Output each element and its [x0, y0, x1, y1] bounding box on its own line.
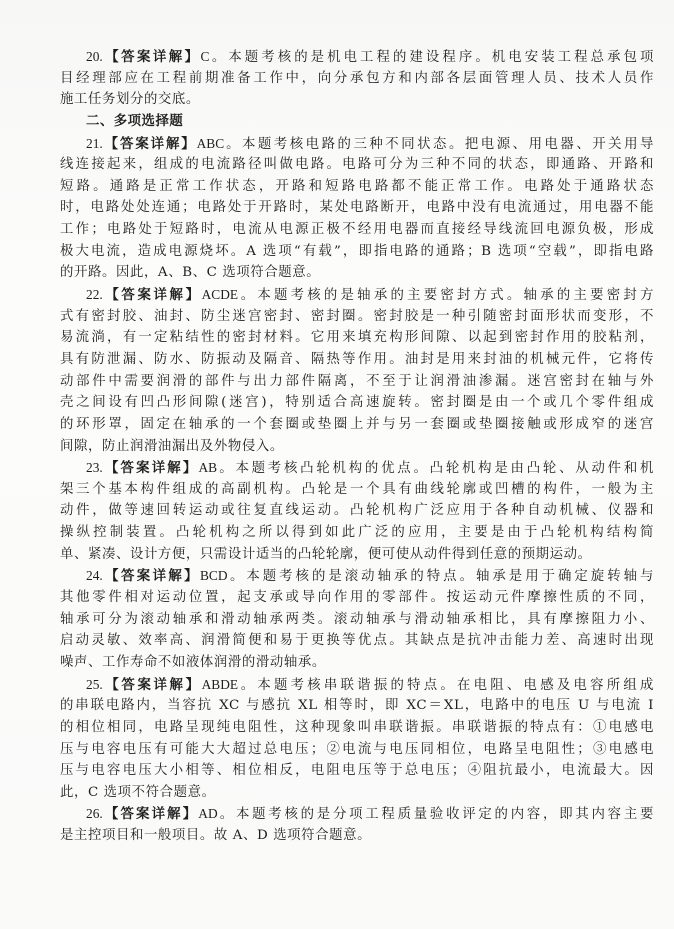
explanation-line: 此，C 选项不符合题意。 [60, 782, 654, 804]
question-number: 24. [86, 568, 103, 583]
explanation-line: 工作；电路处于短路时，电流从电源正极不经用电器而直接经导线流回电源负极，形成 [60, 219, 654, 241]
explanation-text: 。本题考核的是机电工程的建设程序。机电安装工程总承包项 [209, 50, 654, 65]
question-number: 22. [86, 287, 103, 302]
explanation-text: 。本题考核的是分项工程质量验收评定的内容，即其内容主要 [218, 807, 654, 822]
question-25: 25.【答案详解】ABDE。本题考核串联谐振的特点。在电阻、电感及电容所组成 的… [60, 674, 654, 804]
question-first-line: 26.【答案详解】AD。本题考核的是分项工程质量验收评定的内容，即其内容主要 [60, 803, 654, 825]
answer-letters: ABC [197, 136, 225, 151]
explanation-line: 壳之间设有凹凸形间隙(迷宫)，特别适合高速旋转。密封圈是由一个或几个零件组成 [60, 392, 654, 414]
explanation-line: 其他零件相对运动位置，起支承或导向作用的零部件。按运动元件摩擦性质的不同， [60, 587, 654, 609]
answer-tag: 【答案详解】 [103, 461, 199, 476]
explanation-line: 施工任务划分的交底。 [60, 89, 654, 111]
question-first-line: 24.【答案详解】BCD。本题考核的是滚动轴承的特点。轴承是用于确定旋转轴与 [60, 565, 654, 587]
explanation-text: 。本题考核的是滚动轴承的特点。轴承是用于确定旋转轴与 [228, 569, 654, 584]
explanation-line: 启动灵敏、效率高、润滑简便和易于更换等优点。其缺点是抗冲击能力差、高速时出现 [60, 630, 654, 652]
answer-tag: 【答案详解】 [103, 137, 197, 152]
answer-explanations: 20.【答案详解】C。本题考核的是机电工程的建设程序。机电安装工程总承包项 目经… [60, 46, 654, 847]
question-number: 25. [86, 677, 103, 692]
question-21: 21.【答案详解】ABC。本题考核电路的三种不同状态。把电源、用电器、开关用导 … [60, 133, 654, 284]
question-first-line: 21.【答案详解】ABC。本题考核电路的三种不同状态。把电源、用电器、开关用导 [60, 133, 654, 155]
explanation-line: 压与电容电压大小相等、相位相反，电阻电压等于总电压；④阻抗最小，电流最大。因 [60, 760, 654, 782]
question-first-line: 22.【答案详解】ACDE。本题考核的是轴承的主要密封方式。轴承的主要密封方 [60, 284, 654, 306]
question-number: 23. [86, 460, 103, 475]
answer-letters: ACDE [202, 287, 238, 302]
explanation-line: 的相位相同，电路呈现纯电阻性，这种现象叫串联谐振。串联谐振的特点有：①电感电 [60, 717, 654, 739]
answer-letters: AB [198, 460, 217, 475]
answer-tag: 【答案详解】 [103, 288, 202, 303]
question-23: 23.【答案详解】AB。本题考核凸轮机构的优点。凸轮机构是由凸轮、从动件和机 架… [60, 457, 654, 565]
question-number: 26. [86, 806, 103, 821]
explanation-text: 。本题考核的是轴承的主要密封方式。轴承的主要密封方 [238, 288, 654, 303]
explanation-line: 易流淌，有一定粘结性的密封材料。它用来填充构形间隙、以起到密封作用的胶粘剂， [60, 327, 654, 349]
question-26: 26.【答案详解】AD。本题考核的是分项工程质量验收评定的内容，即其内容主要 是… [60, 803, 654, 846]
answer-letters: ABDE [202, 677, 238, 692]
question-number: 21. [86, 136, 103, 151]
explanation-line: 的开路。因此，A、B、C 选项符合题意。 [60, 262, 654, 284]
explanation-line: 短路。通路是正常工作状态，开路和短路电路都不能正常工作。电路处于通路状态 [60, 176, 654, 198]
explanation-line: 时，电路处处连通；电路处于开路时，某处电路断开，电路中没有电流通过，用电器不能 [60, 197, 654, 219]
document-page: 20.【答案详解】C。本题考核的是机电工程的建设程序。机电安装工程总承包项 目经… [0, 0, 674, 929]
question-first-line: 25.【答案详解】ABDE。本题考核串联谐振的特点。在电阻、电感及电容所组成 [60, 674, 654, 696]
explanation-line: 目经理部应在工程前期准备工作中，向分承包方和内部各层面管理人员、技术人员作 [60, 68, 654, 90]
explanation-line: 架三个基本构件组成的高副机构。凸轮是一个具有曲线轮廓或凹槽的构件，一般为主 [60, 479, 654, 501]
question-22: 22.【答案详解】ACDE。本题考核的是轴承的主要密封方式。轴承的主要密封方 式… [60, 284, 654, 457]
explanation-line: 的环形罩，固定在轴承的一个套圈或垫圈上并与另一套圈或垫圈接触或形成窄的迷宫 [60, 414, 654, 436]
section-heading: 二、多项选择题 [60, 111, 654, 133]
explanation-line: 单、紧凑、设计方便，只需设计适当的凸轮轮廓，便可使从动件得到任意的预期运动。 [60, 544, 654, 566]
explanation-text: 。本题考核电路的三种不同状态。把电源、用电器、开关用导 [224, 137, 654, 152]
answer-tag: 【答案详解】 [103, 678, 202, 693]
explanation-text: 。本题考核串联谐振的特点。在电阻、电感及电容所组成 [238, 678, 654, 693]
explanation-line: 操纵控制装置。凸轮机构之所以得到如此广泛的应用，主要是由于凸轮机构结构简 [60, 522, 654, 544]
answer-letters: BCD [200, 568, 228, 583]
explanation-text: 。本题考核凸轮机构的优点。凸轮机构是由凸轮、从动件和机 [217, 461, 654, 476]
answer-letters: AD [198, 806, 217, 821]
answer-tag: 【答案详解】 [103, 807, 199, 822]
explanation-line: 的串联电路内，当容抗 XC 与感抗 XL 相等时，即 XC＝XL，电路中的电压 … [60, 695, 654, 717]
explanation-line: 轴承可分为滚动轴承和滑动轴承两类。滚动轴承与滑动轴承相比，具有摩擦阻力小、 [60, 609, 654, 631]
explanation-line: 动件，做等速回转运动或往复直线运动。凸轮机构广泛应用于各种自动机械、仪器和 [60, 500, 654, 522]
explanation-line: 极大电流，造成电源烧坏。A 选项“有载”，即指电路的通路；B 选项“空载”，即指… [60, 241, 654, 263]
question-first-line: 23.【答案详解】AB。本题考核凸轮机构的优点。凸轮机构是由凸轮、从动件和机 [60, 457, 654, 479]
explanation-line: 压与电容电压有可能大大超过总电压；②电流与电压同相位，电路呈电阻性；③电感电 [60, 739, 654, 761]
explanation-line: 具有防泄漏、防水、防振动及隔音、隔热等作用。油封是用来封油的机械元件，它将传 [60, 349, 654, 371]
answer-tag: 【答案详解】 [103, 50, 201, 65]
explanation-line: 是主控项目和一般项目。故 A、D 选项符合题意。 [60, 825, 654, 847]
answer-tag: 【答案详解】 [103, 569, 200, 584]
question-number: 20. [86, 49, 103, 64]
question-24: 24.【答案详解】BCD。本题考核的是滚动轴承的特点。轴承是用于确定旋转轴与 其… [60, 565, 654, 673]
question-first-line: 20.【答案详解】C。本题考核的是机电工程的建设程序。机电安装工程总承包项 [60, 46, 654, 68]
explanation-line: 噪声、工作寿命不如液体润滑的滑动轴承。 [60, 652, 654, 674]
explanation-line: 动部件中需要润滑的部件与出力部件隔离，不至于让润滑油渗漏。迷宫密封在轴与外 [60, 371, 654, 393]
explanation-line: 式有密封胶、油封、防尘迷宫密封、密封圈。密封胶是一种引随密封面形状而变形，不 [60, 306, 654, 328]
question-20: 20.【答案详解】C。本题考核的是机电工程的建设程序。机电安装工程总承包项 目经… [60, 46, 654, 111]
explanation-line: 间隙，防止润滑油漏出及外物侵入。 [60, 436, 654, 458]
explanation-line: 线连接起来，组成的电流路径叫做电路。电路可分为三种不同的状态，即通路、开路和 [60, 154, 654, 176]
